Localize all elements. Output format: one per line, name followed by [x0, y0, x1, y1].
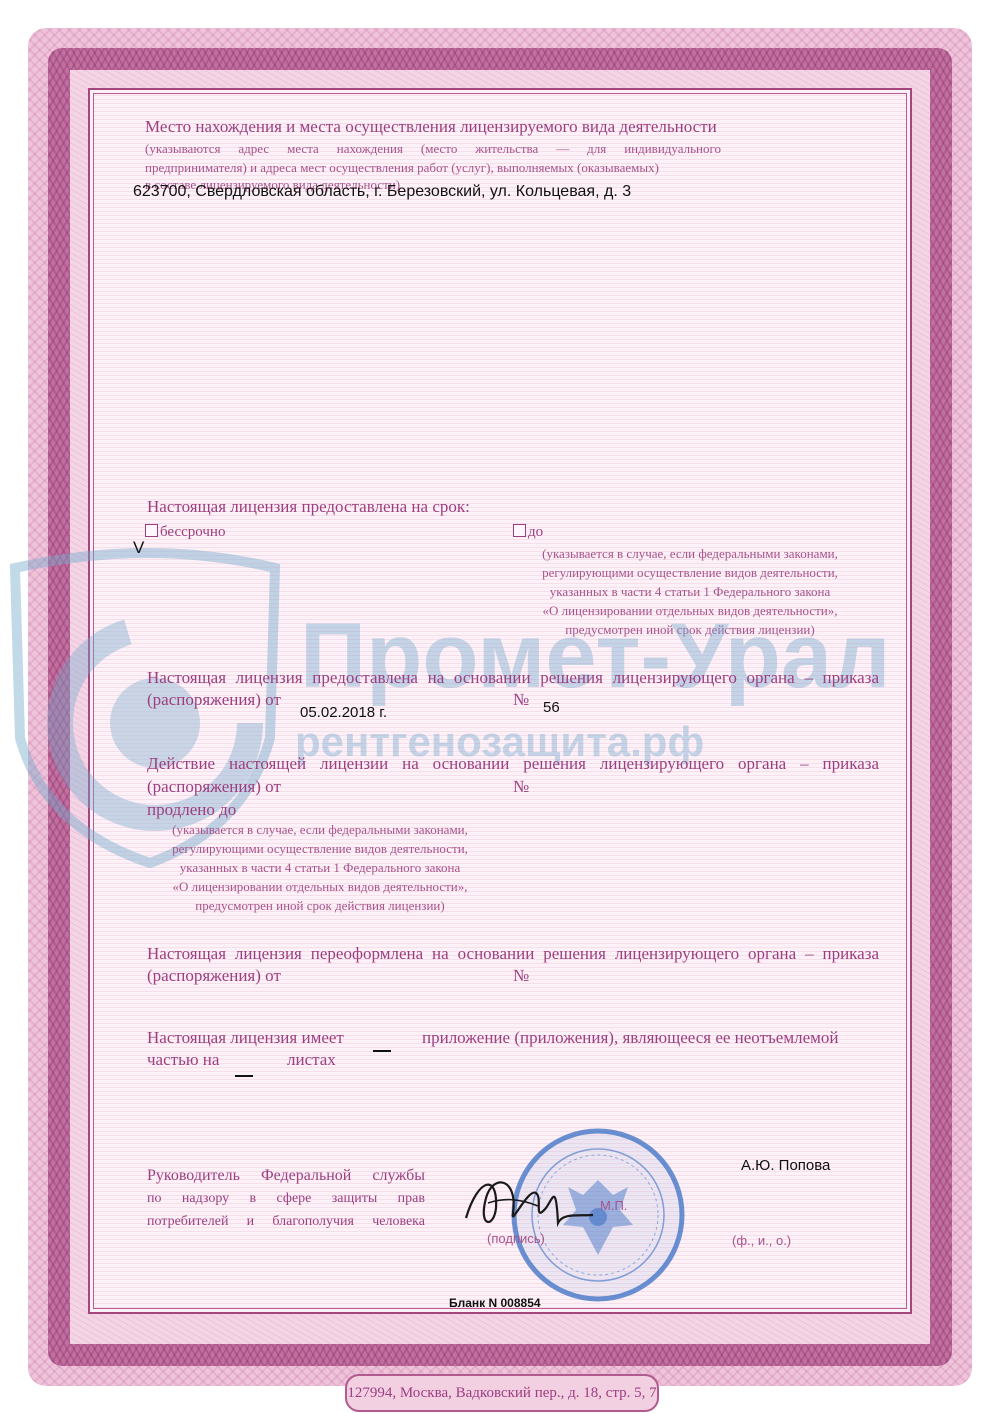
indefinite-checkbox [145, 524, 158, 537]
basis-line-2: (распоряжения) от [147, 690, 281, 710]
license-page: Место нахождения и места осуществления л… [0, 0, 1000, 1413]
option-until-label: до [528, 524, 543, 540]
location-note-line-1: (указываются адрес места нахождения (мес… [145, 139, 721, 158]
until-note-line-2: регулирующими осуществление видов деятел… [510, 563, 870, 582]
until-note-line-1: (указывается в случае, если федеральными… [510, 544, 870, 563]
reissue-line-2: (распоряжения) от [147, 966, 281, 986]
blank-number: Бланк N 008854 [449, 1296, 541, 1310]
extension-line-1: Действие настоящей лицензии на основании… [147, 754, 879, 774]
extension-note-line-5: предусмотрен иной срок действия лицензии… [140, 896, 500, 915]
until-note-line-4: «О лицензировании отдельных видов деятел… [510, 601, 870, 620]
extension-note: (указывается в случае, если федеральными… [140, 820, 500, 915]
term-heading: Настоящая лицензия предоставлена на срок… [147, 497, 470, 517]
extension-note-line-3: указанных в части 4 статьи 1 Федеральног… [140, 858, 500, 877]
extension-number-label: № [513, 777, 529, 797]
signatory-title-line-1: Руководитель Федеральной службы [147, 1167, 425, 1185]
extension-line-2: (распоряжения) от [147, 777, 281, 797]
footer-address-plate: 127994, Москва, Вадковский пер., д. 18, … [345, 1374, 659, 1412]
option-until: до [513, 524, 543, 541]
reissue-number-label: № [513, 966, 529, 986]
signatory-name: А.Ю. Попова [741, 1157, 830, 1174]
stamp-mark: М.П. [600, 1198, 627, 1213]
signatory-title-line-2: по надзору в сфере защиты прав [147, 1191, 425, 1207]
basis-date-value: 05.02.2018 г. [300, 704, 387, 721]
indefinite-check-mark: V [133, 538, 144, 558]
appendix-count-dash [373, 1050, 391, 1052]
appendix-sheets-dash [235, 1075, 253, 1077]
name-caption: (ф., и., о.) [732, 1233, 791, 1248]
appendix-part-4: листах [287, 1050, 336, 1070]
until-note-line-3: указанных в части 4 статьи 1 Федеральног… [510, 582, 870, 601]
signatory-title-line-3: потребителей и благополучия человека [147, 1214, 425, 1230]
appendix-part-3: частью на [147, 1050, 219, 1070]
basis-number-label: № [513, 690, 529, 710]
location-heading: Место нахождения и места осуществления л… [145, 117, 717, 137]
basis-number-value: 56 [543, 699, 560, 716]
option-indefinite-label: бессрочно [160, 524, 225, 540]
signature-icon [458, 1168, 598, 1238]
reissue-line-1: Настоящая лицензия переоформлена на осно… [147, 944, 879, 964]
footer-address: 127994, Москва, Вадковский пер., д. 18, … [347, 1385, 656, 1402]
appendix-part-1: Настоящая лицензия имеет [147, 1028, 344, 1048]
until-note-line-5: предусмотрен иной срок действия лицензии… [510, 620, 870, 639]
extended-until-label: продлено до [147, 800, 236, 820]
address-value: 623700, Свердловская область, г. Березов… [133, 183, 631, 201]
option-indefinite: бессрочно [145, 524, 225, 541]
extension-note-line-4: «О лицензировании отдельных видов деятел… [140, 877, 500, 896]
signature-caption: (подпись) [487, 1231, 545, 1246]
until-note: (указывается в случае, если федеральными… [510, 544, 870, 639]
extension-note-line-1: (указывается в случае, если федеральными… [140, 820, 500, 839]
appendix-part-2: приложение (приложения), являющееся ее н… [422, 1028, 838, 1048]
basis-line-1: Настоящая лицензия предоставлена на осно… [147, 668, 879, 688]
extension-note-line-2: регулирующими осуществление видов деятел… [140, 839, 500, 858]
until-checkbox [513, 524, 526, 537]
